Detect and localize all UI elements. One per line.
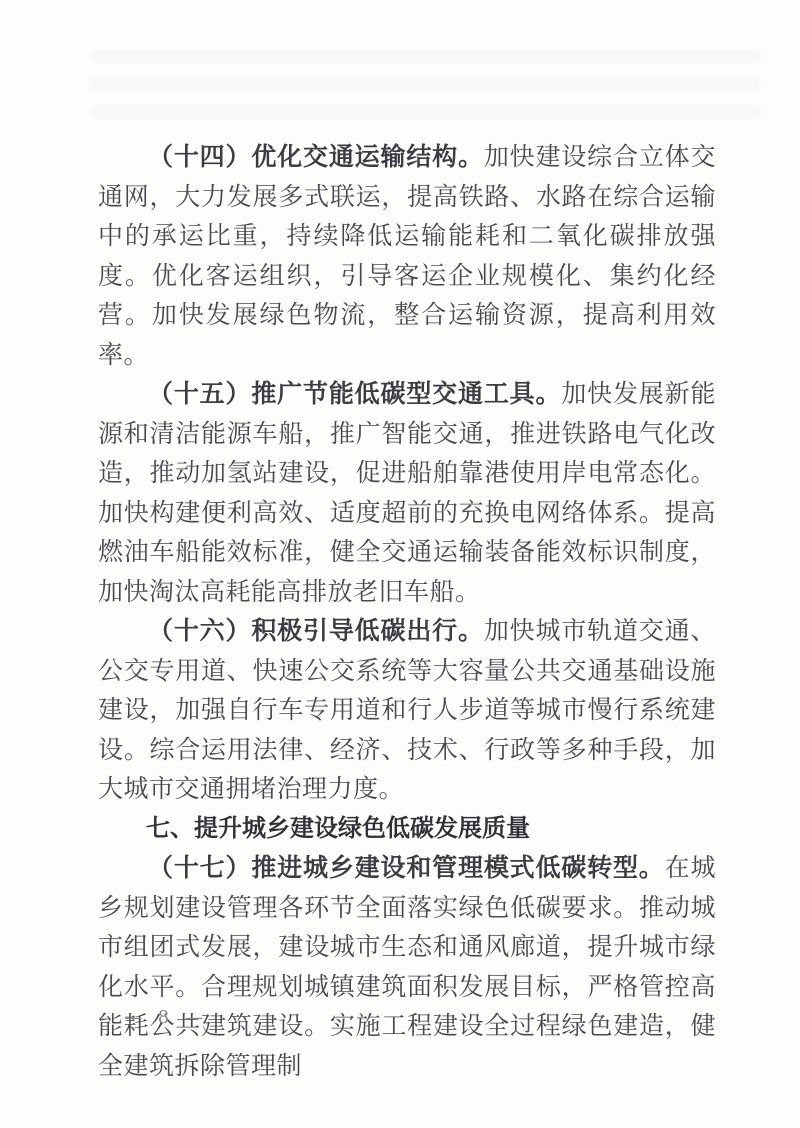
- section-heading-7: 七、提升城乡建设绿色低碳发展质量: [98, 809, 716, 849]
- clause-lead: （十四）优化交通运输结构。: [148, 142, 484, 171]
- clause-paragraph-15: （十五）推广节能低碳型交通工具。加快发展新能源和清洁能源车船，推广智能交通，推进…: [98, 374, 716, 611]
- clause-body: 加快发展新能源和清洁能源车船，推广智能交通，推进铁路电气化改造，推动加氢站建设，…: [98, 379, 716, 606]
- clause-body: 在城乡规划建设管理各环节全面落实绿色低碳要求。推动城市组团式发展，建设城市生态和…: [98, 853, 716, 1080]
- document-content: （十四）优化交通运输结构。加快建设综合立体交通网，大力发展多式联运，提高铁路、水…: [98, 137, 716, 1085]
- clause-lead: （十六）积极引导低碳出行。: [148, 616, 484, 645]
- clause-lead: （十七）推进城乡建设和管理模式低碳转型。: [148, 853, 665, 882]
- clause-paragraph-17: （十七）推进城乡建设和管理模式低碳转型。在城乡规划建设管理各环节全面落实绿色低碳…: [98, 848, 716, 1085]
- clause-lead: （十五）推广节能低碳型交通工具。: [148, 379, 561, 408]
- clause-body: 加快建设综合立体交通网，大力发展多式联运，提高铁路、水路在综合运输中的承运比重，…: [98, 142, 716, 369]
- clause-paragraph-14: （十四）优化交通运输结构。加快建设综合立体交通网，大力发展多式联运，提高铁路、水…: [98, 137, 716, 374]
- document-page: （十四）优化交通运输结构。加快建设综合立体交通网，大力发展多式联运，提高铁路、水…: [0, 0, 800, 1128]
- clause-paragraph-16: （十六）积极引导低碳出行。加快城市轨道交通、公交专用道、快速公交系统等大容量公共…: [98, 611, 716, 809]
- page-number: — 8 —: [124, 1004, 208, 1032]
- scan-bleedthrough-artifact: [90, 50, 760, 130]
